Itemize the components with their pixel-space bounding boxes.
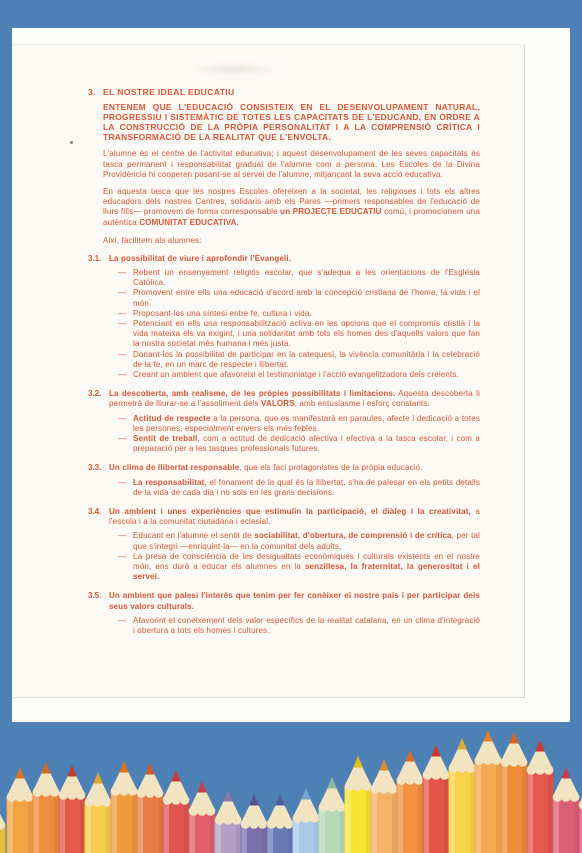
text-segment: , amb entusiasme i esforç constants:: [295, 399, 430, 408]
subsection: 3.5.Un ambient que palesi l'interès que …: [88, 591, 480, 636]
body-paragraph: En aquesta tasca que les nostres Escoles…: [103, 187, 480, 228]
pencil: [345, 756, 372, 853]
subsections-list: 3.1.La possibilitat de viure i aprofondi…: [88, 254, 480, 637]
pencil: [267, 794, 294, 853]
bullet-text: Sentit de treball, com a actitud de dedi…: [133, 434, 480, 454]
emphasis-text: Actitud de respecte: [133, 414, 211, 423]
body-paragraph: L'alumne és el centre de l'activitat edu…: [103, 149, 480, 180]
bullet-text: Proposant-los una síntesi entre fe, cult…: [133, 309, 480, 319]
pencil: [189, 781, 216, 853]
emphasis-text: Un ambient que palesi l'interès que teni…: [109, 591, 480, 610]
section-number: 3.: [88, 87, 103, 97]
emphasis-text: La possibilitat de viure i aprofondir l'…: [109, 254, 291, 263]
pencil: [7, 767, 34, 853]
subsection-title: La possibilitat de viure i aprofondir l'…: [109, 254, 480, 264]
text-segment: Donant-los la possibilitat de participar…: [133, 350, 480, 369]
subsection-number: 3.3.: [88, 463, 109, 473]
bullet-item: —Sentit de treball, com a actitud de ded…: [118, 434, 480, 454]
text-segment: Potenciant en ells una responsabilitzaci…: [133, 319, 480, 348]
document-content: 3.EL NOSTRE IDEAL EDUCATIU ENTENEM QUE L…: [88, 87, 480, 636]
bullet-dash: —: [118, 319, 133, 350]
pencil: [241, 794, 268, 853]
section-title: EL NOSTRE IDEAL EDUCATIU: [103, 87, 235, 97]
emphasis-text: Sentit de treball: [133, 434, 197, 443]
pencil: [137, 763, 164, 853]
bullet-text: Educant en l'alumne el sentit de sociabi…: [133, 531, 480, 551]
bullet-text: Afavorint el coneixement dels valor espe…: [133, 616, 480, 636]
pencil: [423, 745, 450, 853]
bullet-dash: —: [118, 434, 133, 454]
backing-sheet: 3.EL NOSTRE IDEAL EDUCATIU ENTENEM QUE L…: [12, 28, 570, 722]
subsection-heading: 3.3.Un clima de llibertat responsable, q…: [88, 463, 480, 473]
pencil: [85, 772, 112, 853]
pencil: [111, 761, 138, 853]
bullet-list: —Actitud de respecte a la persona, que e…: [118, 414, 480, 455]
bullet-dash: —: [118, 552, 133, 583]
bullet-text: Promovent entre ells una educació d'acor…: [133, 288, 480, 308]
subsection-heading: 3.2.La descoberta, amb realisme, de les …: [88, 389, 480, 409]
bullet-dash: —: [118, 478, 133, 498]
bullet-dash: —: [118, 616, 133, 636]
bullet-item: —Rebent un ensenyament religiós escolar,…: [118, 268, 480, 288]
bullet-list: —La responsabilitat, el fonament de la q…: [118, 478, 480, 498]
emphasis-text: sociabilitat, d'obertura, de comprensió …: [254, 531, 451, 540]
bullet-dash: —: [118, 350, 133, 370]
subsection: 3.3.Un clima de llibertat responsable, q…: [88, 463, 480, 498]
subsection-number: 3.4.: [88, 507, 109, 527]
bullet-dash: —: [118, 531, 133, 551]
scan-smudge-artifact: [190, 63, 280, 75]
bullet-item: —La presa de consciència de les desigual…: [118, 552, 480, 583]
scan-background: 3.EL NOSTRE IDEAL EDUCATIU ENTENEM QUE L…: [0, 0, 582, 853]
bullet-item: —Educant en l'alumne el sentit de sociab…: [118, 531, 480, 551]
text-segment: Afavorint el coneixement dels valor espe…: [133, 616, 480, 635]
bullet-dash: —: [118, 370, 133, 380]
emphasis-text: VALORS: [261, 399, 295, 408]
subsection-heading: 3.5.Un ambient que palesi l'interès que …: [88, 591, 480, 611]
pencil: [553, 767, 580, 853]
bullet-dash: —: [118, 414, 133, 434]
pencil: [293, 788, 320, 853]
subsection-number: 3.5.: [88, 591, 109, 611]
bullet-text: Rebent un ensenyament religiós escolar, …: [133, 268, 480, 288]
pencil: [579, 775, 582, 853]
bullet-item: —Afavorint el coneixement dels valor esp…: [118, 616, 480, 636]
pencil: [215, 790, 242, 853]
subsection: 3.4.Un ambient i unes experiències que e…: [88, 507, 480, 582]
emphasis-text: un PROJECTE EDUCATIU: [280, 207, 381, 216]
emphasis-text: COMUNITAT EDUCATIVA.: [139, 218, 239, 227]
bullet-item: —Creant un ambient que afavoreixi el tes…: [118, 370, 480, 380]
subsection-title: Un clima de llibertat responsable, que e…: [109, 463, 480, 473]
subsection-heading: 3.4.Un ambient i unes experiències que e…: [88, 507, 480, 527]
bullet-dash: —: [118, 268, 133, 288]
pencil: [501, 732, 528, 853]
bullet-text: Actitud de respecte a la persona, que es…: [133, 414, 480, 434]
pencil: [371, 759, 398, 853]
pencil: [59, 765, 86, 853]
text-segment: Proposant-los una síntesi entre fe, cult…: [133, 309, 312, 318]
document-page: 3.EL NOSTRE IDEAL EDUCATIU ENTENEM QUE L…: [12, 44, 525, 698]
subsection: 3.1.La possibilitat de viure i aprofondi…: [88, 254, 480, 380]
bullet-item: —Donant-los la possibilitat de participa…: [118, 350, 480, 370]
lead-paragraph: ENTENEM QUE L'EDUCACIÓ CONSISTEIX EN EL …: [103, 102, 480, 142]
emphasis-text: Un clima de llibertat responsable: [109, 463, 239, 472]
bullet-dash: —: [118, 288, 133, 308]
bullet-list: —Afavorint el coneixement dels valor esp…: [118, 616, 480, 636]
bullet-list: —Rebent un ensenyament religiós escolar,…: [118, 268, 480, 380]
subsection-title: La descoberta, amb realisme, de les pròp…: [109, 389, 480, 409]
bullet-item: —Actitud de respecte a la persona, que e…: [118, 414, 480, 434]
pencil: [527, 740, 554, 853]
pencil: [319, 777, 346, 853]
bullet-text: Potenciant en ells una responsabilitzaci…: [133, 319, 480, 350]
pencil: [397, 750, 424, 853]
text-segment: Rebent un ensenyament religiós escolar, …: [133, 268, 480, 287]
bullet-item: —Potenciant en ells una responsabilitzac…: [118, 319, 480, 350]
text-segment: , que els faci protagonistes de la pròpi…: [239, 463, 422, 472]
bullet-item: —La responsabilitat, el fonament de la q…: [118, 478, 480, 498]
subsection-title: Un ambient i unes experiències que estim…: [109, 507, 480, 527]
pencil: [0, 795, 6, 853]
text-segment: Creant un ambient que afavoreixi el test…: [133, 370, 459, 379]
bullet-text: Creant un ambient que afavoreixi el test…: [133, 370, 480, 380]
subsection-heading: 3.1.La possibilitat de viure i aprofondi…: [88, 254, 480, 264]
emphasis-text: La descoberta, amb realisme, de les pròp…: [109, 389, 395, 398]
scan-speck-artifact: [70, 141, 73, 144]
bullet-item: —Promovent entre ells una educació d'aco…: [118, 288, 480, 308]
pencil: [475, 730, 502, 853]
bullet-text: Donant-los la possibilitat de participar…: [133, 350, 480, 370]
bullet-text: La responsabilitat, el fonament de la qu…: [133, 478, 480, 498]
emphasis-text: La responsabilitat: [133, 478, 204, 487]
subsection-number: 3.1.: [88, 254, 109, 264]
section-heading: 3.EL NOSTRE IDEAL EDUCATIU: [88, 87, 480, 97]
subsection-title: Un ambient que palesi l'interès que teni…: [109, 591, 480, 611]
pencil: [449, 738, 476, 853]
bullet-list: —Educant en l'alumne el sentit de sociab…: [118, 531, 480, 582]
subsection: 3.2.La descoberta, amb realisme, de les …: [88, 389, 480, 454]
pencil: [163, 770, 190, 853]
bullet-text: La presa de consciència de les desigualt…: [133, 552, 480, 583]
text-segment: Educant en l'alumne el sentit de: [133, 531, 254, 540]
intro-line: Així, facilitem als alumnes:: [103, 236, 480, 245]
emphasis-text: Un ambient i unes experiències que estim…: [109, 507, 471, 516]
bullet-item: —Proposant-los una síntesi entre fe, cul…: [118, 309, 480, 319]
subsection-number: 3.2.: [88, 389, 109, 409]
bullet-dash: —: [118, 309, 133, 319]
text-segment: Promovent entre ells una educació d'acor…: [133, 288, 480, 307]
pencil: [33, 762, 60, 853]
